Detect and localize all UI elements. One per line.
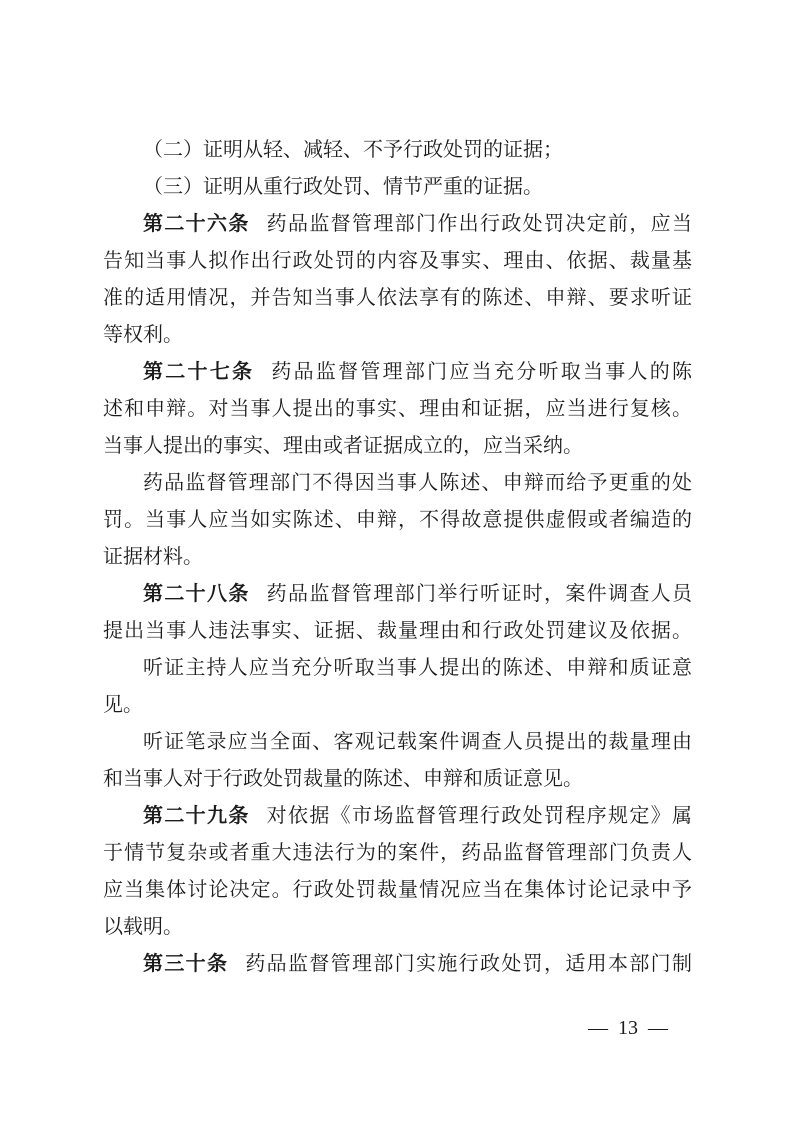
line-text: （二）证明从轻、减轻、不予行政处罚的证据； [143, 139, 563, 161]
text-line: 听证笔录应当全面、客观记载案件调查人员提出的裁量理由 [103, 724, 692, 761]
line-text: 提出当事人违法事实、证据、裁量理由和行政处罚建议及依据。 [103, 620, 692, 642]
page-footer: — 13 — [588, 1013, 668, 1043]
line-text: 于情节复杂或者重大违法行为的案件，药品监督管理部门负责人 [103, 842, 692, 864]
line-text: 对依据《市场监督管理行政处罚程序规定》属 [267, 805, 692, 827]
text-line: 第三十条药品监督管理部门实施行政处罚，适用本部门制 [103, 946, 692, 983]
line-text: 药品监督管理部门不得因当事人陈述、申辩而给予更重的处 [143, 472, 692, 494]
article-number: 第二十九条 [143, 805, 250, 827]
text-line: 罚。当事人应当如实陈述、申辩，不得故意提供虚假或者编造的 [103, 502, 692, 539]
article-number: 第二十八条 [143, 583, 250, 605]
line-text: 当事人提出的事实、理由或者证据成立的，应当采纳。 [103, 435, 583, 457]
line-text: 应当集体讨论决定。行政处罚裁量情况应当在集体讨论记录中予 [103, 879, 692, 901]
document-page: （二）证明从轻、减轻、不予行政处罚的证据；（三）证明从重行政处罚、情节严重的证据… [0, 0, 793, 1122]
line-text: 听证笔录应当全面、客观记载案件调查人员提出的裁量理由 [143, 731, 692, 753]
line-text: 药品监督管理部门应当充分听取当事人的陈 [271, 361, 692, 383]
text-line: 提出当事人违法事实、证据、裁量理由和行政处罚建议及依据。 [103, 613, 692, 650]
line-text: 罚。当事人应当如实陈述、申辩，不得故意提供虚假或者编造的 [103, 509, 692, 531]
text-line: 告知当事人拟作出行政处罚的内容及事实、理由、依据、裁量基 [103, 243, 692, 280]
line-text: 药品监督管理部门作出行政处罚决定前，应当 [267, 213, 692, 235]
article-number: 第三十条 [143, 953, 228, 975]
text-line: 准的适用情况，并告知当事人依法享有的陈述、申辩、要求听证 [103, 280, 692, 317]
line-text: 证据材料。 [103, 546, 203, 568]
line-text: 药品监督管理部门实施行政处罚，适用本部门制 [245, 953, 692, 975]
text-line: （二）证明从轻、减轻、不予行政处罚的证据； [103, 132, 692, 169]
line-text: 准的适用情况，并告知当事人依法享有的陈述、申辩、要求听证 [103, 287, 692, 309]
footer-dash-right: — [648, 1017, 668, 1040]
text-line: 第二十七条药品监督管理部门应当充分听取当事人的陈 [103, 354, 692, 391]
text-line: 当事人提出的事实、理由或者证据成立的，应当采纳。 [103, 428, 692, 465]
text-line: （三）证明从重行政处罚、情节严重的证据。 [103, 169, 692, 206]
line-text: 听证主持人应当充分听取当事人提出的陈述、申辩和质证意 [143, 657, 692, 679]
text-line: 等权利。 [103, 317, 692, 354]
page-number: 13 [618, 1017, 638, 1040]
text-line: 证据材料。 [103, 539, 692, 576]
article-number: 第二十七条 [143, 361, 254, 383]
text-line: 第二十六条药品监督管理部门作出行政处罚决定前，应当 [103, 206, 692, 243]
line-text: 和当事人对于行政处罚裁量的陈述、申辩和质证意见。 [103, 768, 583, 790]
line-text: 述和申辩。对当事人提出的事实、理由和证据，应当进行复核。 [103, 398, 692, 420]
line-text: 等权利。 [103, 324, 183, 346]
line-text: 告知当事人拟作出行政处罚的内容及事实、理由、依据、裁量基 [103, 250, 692, 272]
text-line: 第二十八条药品监督管理部门举行听证时，案件调查人员 [103, 576, 692, 613]
text-line: 于情节复杂或者重大违法行为的案件，药品监督管理部门负责人 [103, 835, 692, 872]
text-line: 和当事人对于行政处罚裁量的陈述、申辩和质证意见。 [103, 761, 692, 798]
document-body: （二）证明从轻、减轻、不予行政处罚的证据；（三）证明从重行政处罚、情节严重的证据… [103, 132, 692, 983]
article-number: 第二十六条 [143, 213, 250, 235]
text-line: 应当集体讨论决定。行政处罚裁量情况应当在集体讨论记录中予 [103, 872, 692, 909]
text-line: 见。 [103, 687, 692, 724]
text-line: 以载明。 [103, 909, 692, 946]
line-text: （三）证明从重行政处罚、情节严重的证据。 [143, 176, 543, 198]
text-line: 听证主持人应当充分听取当事人提出的陈述、申辩和质证意 [103, 650, 692, 687]
text-line: 第二十九条对依据《市场监督管理行政处罚程序规定》属 [103, 798, 692, 835]
line-text: 药品监督管理部门举行听证时，案件调查人员 [267, 583, 692, 605]
text-line: 述和申辩。对当事人提出的事实、理由和证据，应当进行复核。 [103, 391, 692, 428]
line-text: 见。 [103, 694, 143, 716]
footer-dash-left: — [588, 1017, 608, 1040]
line-text: 以载明。 [103, 916, 183, 938]
text-line: 药品监督管理部门不得因当事人陈述、申辩而给予更重的处 [103, 465, 692, 502]
